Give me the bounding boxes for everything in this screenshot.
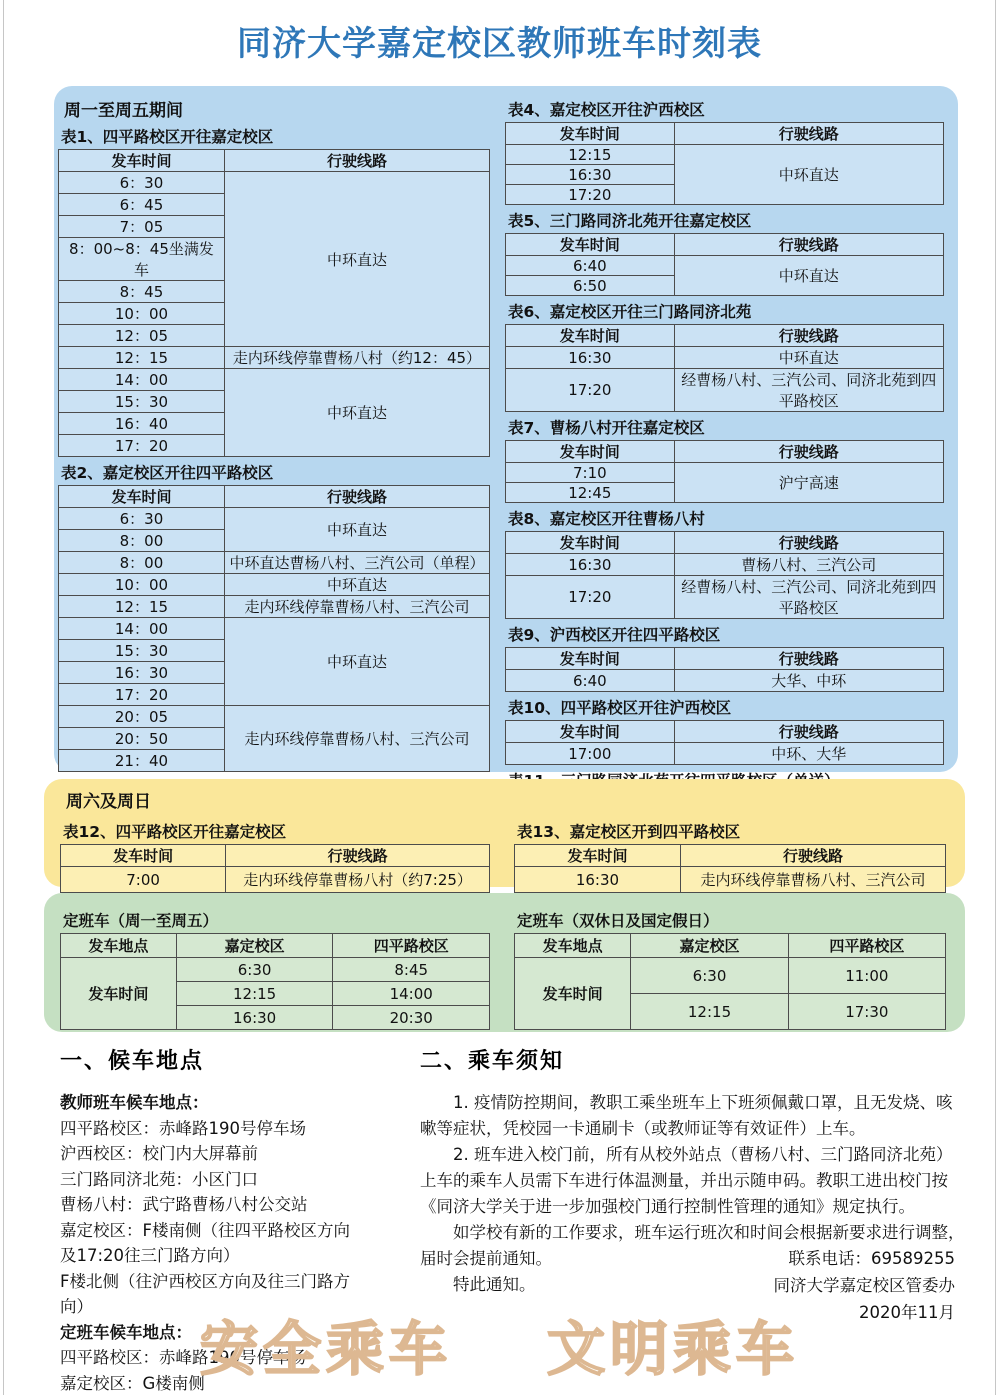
weekend-panel: 周六及周日 表12、四平路校区开往嘉定校区 发车时间行驶线路7:00走内环线停靠…: [44, 779, 965, 887]
table-8-block: 表8、嘉定校区开往曹杨八村 发车时间行驶线路16:30曹杨八村、三汽公司17:2…: [505, 507, 944, 619]
table-8-label: 表8、嘉定校区开往曹杨八村: [508, 507, 944, 529]
table-5: 发车时间行驶线路6:40中环直达6:50: [505, 233, 944, 296]
table-13-label: 表13、嘉定校区开到四平路校区: [517, 820, 946, 842]
data-row: 7:10沪宁高速: [506, 463, 944, 483]
departure-time-cell: 6：45: [59, 194, 225, 216]
text-line: 四平路校区：赤峰路190号停车场: [60, 1116, 352, 1142]
column-header: 行驶线路: [674, 441, 943, 463]
column-header: 行驶线路: [680, 845, 945, 867]
route-cell: 经曹杨八村、三汽公司、同济北苑到四平路校区: [674, 369, 943, 412]
route-cell: 走内环线停靠曹杨八村（约12：45）: [224, 347, 489, 369]
route-cell: 大华、中环: [674, 670, 943, 692]
departure-time-cell: 6：30: [59, 508, 225, 530]
route-cell: 中环直达: [224, 172, 489, 347]
header-row: 发车时间行驶线路: [506, 532, 944, 554]
table-2: 发车时间行驶线路6：30中环直达8：008：00中环直达曹杨八村、三汽公司（单程…: [58, 485, 490, 772]
column-gap: [490, 94, 505, 772]
table-12-label: 表12、四平路校区开往嘉定校区: [63, 820, 490, 842]
header-row: 发车时间行驶线路: [59, 150, 490, 172]
departure-time-cell: 6:40: [506, 256, 675, 276]
column-header: 发车时间: [506, 123, 675, 145]
data-row: 6:40中环直达: [506, 256, 944, 276]
route-cell: 经曹杨八村、三汽公司、同济北苑到四平路校区: [674, 576, 943, 619]
route-cell: 中环直达: [674, 347, 943, 369]
weekend-tables-row: 表12、四平路校区开往嘉定校区 发车时间行驶线路7:00走内环线停靠曹杨八村（约…: [60, 816, 946, 893]
departure-time-cell: 15：30: [59, 391, 225, 413]
column-header: 行驶线路: [674, 234, 943, 256]
header-row: 发车地点嘉定校区四平路校区: [515, 934, 946, 958]
departure-time-cell: 17：20: [59, 435, 225, 457]
table-9: 发车时间行驶线路6:40大华、中环: [505, 647, 944, 692]
departure-time-cell: 17:00: [506, 743, 675, 765]
scan-edge-line-left: [3, 0, 4, 1395]
column-header: 发车时间: [515, 845, 681, 867]
fixed-shuttle-panel: 定班车（周一至周五） 发车地点嘉定校区四平路校区发车时间6:308:4512:1…: [44, 893, 965, 1032]
timetable: 发车时间行驶线路7:10沪宁高速12:45: [505, 440, 944, 503]
text-line: 三门路同济北苑：小区门口: [60, 1167, 352, 1193]
route-cell: 中环直达: [224, 508, 489, 552]
data-row: 6：30中环直达: [59, 508, 490, 530]
table-5-label: 表5、三门路同济北苑开往嘉定校区: [508, 209, 944, 231]
departure-time-cell: 16:30: [506, 554, 675, 576]
row-label-cell: 发车时间: [515, 958, 631, 1030]
table-9-block: 表9、沪西校区开往四平路校区 发车时间行驶线路6:40大华、中环: [505, 623, 944, 692]
departure-time-cell: 8：00: [59, 552, 225, 574]
departure-time-cell: 17:20: [506, 369, 675, 412]
route-cell: 中环直达曹杨八村、三汽公司（单程）: [224, 552, 489, 574]
departure-time-cell: 7：05: [59, 216, 225, 238]
table-4: 发车时间行驶线路12:15中环直达16:3017:20: [505, 122, 944, 205]
text-line: 曹杨八村：武宁路曹杨八村公交站: [60, 1192, 352, 1218]
header-row: 发车时间行驶线路: [61, 845, 490, 867]
route-cell: 曹杨八村、三汽公司: [674, 554, 943, 576]
weekday-right-column: 表4、嘉定校区开往沪西校区 发车时间行驶线路12:15中环直达16:3017:2…: [505, 94, 944, 772]
departure-time-cell: 14:00: [333, 982, 490, 1006]
timetable: 发车时间行驶线路16:30走内环线停靠曹杨八村、三汽公司: [514, 844, 946, 893]
departure-time-cell: 12:15: [631, 994, 788, 1030]
weekday-left-column: 周一至周五期间 表1、四平路校区开往嘉定校区 发车时间行驶线路6：30中环直达6…: [58, 94, 490, 772]
route-cell: 沪宁高速: [674, 463, 943, 503]
data-row: 8：00中环直达曹杨八村、三汽公司（单程）: [59, 552, 490, 574]
header-row: 发车时间行驶线路: [515, 845, 946, 867]
column-header: 行驶线路: [674, 721, 943, 743]
data-row: 发车时间6:3011:00: [515, 958, 946, 994]
route-cell: 中环直达: [674, 145, 943, 205]
table-12: 发车时间行驶线路7:00走内环线停靠曹杨八村（约7:25）: [60, 844, 490, 893]
column-header: 行驶线路: [674, 123, 943, 145]
timetable: 发车时间行驶线路6：30中环直达8：008：00中环直达曹杨八村、三汽公司（单程…: [58, 485, 490, 772]
departure-time-cell: 17:30: [788, 994, 945, 1030]
departure-time-cell: 16:30: [515, 867, 681, 893]
table-2-block: 表2、嘉定校区开往四平路校区 发车时间行驶线路6：30中环直达8：008：00中…: [58, 461, 490, 772]
column-header: 发车地点: [61, 934, 177, 958]
block-gap: [490, 816, 514, 893]
departure-time-cell: 12：15: [59, 347, 225, 369]
departure-time-cell: 8：00: [59, 530, 225, 552]
departure-time-cell: 12：15: [59, 596, 225, 618]
fixed-holiday-label: 定班车（双休日及国定假日）: [517, 909, 946, 931]
departure-time-cell: 12:45: [506, 483, 675, 503]
page-title: 同济大学嘉定校区教师班车时刻表: [0, 16, 999, 65]
departure-time-cell: 10：00: [59, 303, 225, 325]
departure-time-cell: 16:30: [506, 347, 675, 369]
fixed-tables-row: 定班车（周一至周五） 发车地点嘉定校区四平路校区发车时间6:308:4512:1…: [60, 905, 946, 1030]
data-row: 16:30中环直达: [506, 347, 944, 369]
departure-time-cell: 7:00: [61, 867, 226, 893]
route-cell: 中环直达: [674, 256, 943, 296]
departure-time-cell: 16:30: [176, 1006, 333, 1030]
weekday-heading: 周一至周五期间: [64, 96, 490, 121]
column-header: 行驶线路: [226, 845, 490, 867]
table-2-label: 表2、嘉定校区开往四平路校区: [61, 461, 490, 483]
column-header: 发车时间: [59, 486, 225, 508]
column-header: 嘉定校区: [631, 934, 788, 958]
timetable: 发车时间行驶线路6：30中环直达6：457：058：00~8：45坐满发车8：4…: [58, 149, 490, 457]
header-row: 发车时间行驶线路: [506, 325, 944, 347]
fixed-weekday-table: 发车地点嘉定校区四平路校区发车时间6:308:4512:1514:0016:30…: [60, 933, 490, 1030]
table-13-block: 表13、嘉定校区开到四平路校区 发车时间行驶线路16:30走内环线停靠曹杨八村、…: [514, 816, 946, 893]
data-row: 7:00走内环线停靠曹杨八村（约7:25）: [61, 867, 490, 893]
departure-time-cell: 6:50: [506, 276, 675, 296]
table-10-block: 表10、四平路校区开往沪西校区 发车时间行驶线路17:00中环、大华: [505, 696, 944, 765]
timetable: 发车时间行驶线路12:15中环直达16:3017:20: [505, 122, 944, 205]
notice-heading: 二、乘车须知: [420, 1044, 966, 1075]
data-row: 12:15中环直达: [506, 145, 944, 165]
departure-time-cell: 15：30: [59, 640, 225, 662]
departure-time-cell: 8:45: [333, 958, 490, 982]
departure-time-cell: 14：00: [59, 369, 225, 391]
watermark: 安全乘车 文明乘车: [0, 1302, 999, 1386]
text-line: 教师班车候车地点：: [60, 1090, 352, 1116]
data-row: 6：30中环直达: [59, 172, 490, 194]
departure-time-cell: 17:20: [506, 185, 675, 205]
scan-edge-line-right: [995, 0, 996, 1395]
timetable: 发车时间行驶线路16:30曹杨八村、三汽公司17:20经曹杨八村、三汽公司、同济…: [505, 531, 944, 619]
table-7-block: 表7、曹杨八村开往嘉定校区 发车时间行驶线路7:10沪宁高速12:45: [505, 416, 944, 503]
column-header: 发车时间: [506, 234, 675, 256]
column-header: 四平路校区: [788, 934, 945, 958]
route-cell: 中环、大华: [674, 743, 943, 765]
departure-time-cell: 21：40: [59, 750, 225, 772]
data-row: 20：05走内环线停靠曹杨八村、三汽公司: [59, 706, 490, 728]
column-header: 行驶线路: [224, 486, 489, 508]
data-row: 16:30曹杨八村、三汽公司: [506, 554, 944, 576]
fixed-shuttle-table: 发车地点嘉定校区四平路校区发车时间6:3011:0012:1517:30: [514, 933, 946, 1030]
block-gap: [490, 905, 514, 1030]
weekday-panel: 周一至周五期间 表1、四平路校区开往嘉定校区 发车时间行驶线路6：30中环直达6…: [54, 86, 958, 772]
table-1: 发车时间行驶线路6：30中环直达6：457：058：00~8：45坐满发车8：4…: [58, 149, 490, 457]
waiting-heading: 一、候车地点: [60, 1044, 352, 1075]
fixed-shuttle-table: 发车地点嘉定校区四平路校区发车时间6:308:4512:1514:0016:30…: [60, 933, 490, 1030]
contact-phone: 联系电话：69589255: [774, 1245, 956, 1272]
text-line: 沪西校区：校门内大屏幕前: [60, 1141, 352, 1167]
departure-time-cell: 6:30: [176, 958, 333, 982]
table-10: 发车时间行驶线路17:00中环、大华: [505, 720, 944, 765]
departure-time-cell: 20：50: [59, 728, 225, 750]
table-5-block: 表5、三门路同济北苑开往嘉定校区 发车时间行驶线路6:40中环直达6:50: [505, 209, 944, 296]
fixed-holiday-block: 定班车（双休日及国定假日） 发车地点嘉定校区四平路校区发车时间6:3011:00…: [514, 905, 946, 1030]
column-header: 嘉定校区: [176, 934, 333, 958]
column-header: 发车时间: [506, 325, 675, 347]
column-header: 行驶线路: [674, 325, 943, 347]
column-header: 四平路校区: [333, 934, 490, 958]
table-12-block: 表12、四平路校区开往嘉定校区 发车时间行驶线路7:00走内环线停靠曹杨八村（约…: [60, 816, 490, 893]
data-row: 发车时间6:308:45: [61, 958, 490, 982]
route-cell: 走内环线停靠曹杨八村、三汽公司: [224, 706, 489, 772]
table-8: 发车时间行驶线路16:30曹杨八村、三汽公司17:20经曹杨八村、三汽公司、同济…: [505, 531, 944, 619]
route-cell: 中环直达: [224, 574, 489, 596]
weekend-heading: 周六及周日: [66, 787, 946, 812]
data-row: 17:00中环、大华: [506, 743, 944, 765]
table-7: 发车时间行驶线路7:10沪宁高速12:45: [505, 440, 944, 503]
data-row: 17:20经曹杨八村、三汽公司、同济北苑到四平路校区: [506, 576, 944, 619]
paragraph: 2. 班车进入校门前，所有从校外站点（曹杨八村、三门路同济北苑）上车的乘车人员需…: [420, 1142, 966, 1220]
table-7-label: 表7、曹杨八村开往嘉定校区: [508, 416, 944, 438]
departure-time-cell: 20:30: [333, 1006, 490, 1030]
table-13: 发车时间行驶线路16:30走内环线停靠曹杨八村、三汽公司: [514, 844, 946, 893]
route-cell: 走内环线停靠曹杨八村（约7:25）: [226, 867, 490, 893]
route-cell: 中环直达: [224, 369, 489, 457]
departure-time-cell: 12:15: [176, 982, 333, 1006]
column-header: 行驶线路: [674, 532, 943, 554]
column-header: 行驶线路: [224, 150, 489, 172]
departure-time-cell: 17：20: [59, 684, 225, 706]
departure-time-cell: 6:40: [506, 670, 675, 692]
timetable: 发车时间行驶线路7:00走内环线停靠曹杨八村（约7:25）: [60, 844, 490, 893]
header-row: 发车时间行驶线路: [506, 648, 944, 670]
table-1-block: 表1、四平路校区开往嘉定校区 发车时间行驶线路6：30中环直达6：457：058…: [58, 125, 490, 457]
text-line: 嘉定校区：F楼南侧（往四平路校区方向及17:20往三门路方向）: [60, 1218, 352, 1269]
departure-time-cell: 12:15: [506, 145, 675, 165]
route-cell: 中环直达: [224, 618, 489, 706]
column-header: 发车时间: [506, 648, 675, 670]
data-row: 14：00中环直达: [59, 618, 490, 640]
table-4-block: 表4、嘉定校区开往沪西校区 发车时间行驶线路12:15中环直达16:3017:2…: [505, 98, 944, 205]
departure-time-cell: 10：00: [59, 574, 225, 596]
data-row: 16:30走内环线停靠曹杨八村、三汽公司: [515, 867, 946, 893]
data-row: 10：00中环直达: [59, 574, 490, 596]
timetable: 发车时间行驶线路16:30中环直达17:20经曹杨八村、三汽公司、同济北苑到四平…: [505, 324, 944, 412]
table-4-label: 表4、嘉定校区开往沪西校区: [508, 98, 944, 120]
route-cell: 走内环线停靠曹杨八村、三汽公司: [224, 596, 489, 618]
column-header: 发车时间: [61, 845, 226, 867]
departure-time-cell: 8：45: [59, 281, 225, 303]
page: 同济大学嘉定校区教师班车时刻表 周一至周五期间 表1、四平路校区开往嘉定校区 发…: [0, 0, 999, 1395]
header-row: 发车时间行驶线路: [506, 123, 944, 145]
paragraph: 1. 疫情防控期间，教职工乘坐班车上下班须佩戴口罩，且无发烧、咳嗽等症状，凭校园…: [420, 1090, 966, 1142]
departure-time-cell: 12：05: [59, 325, 225, 347]
watermark-civil: 文明乘车: [547, 1302, 799, 1386]
data-row: 12：15走内环线停靠曹杨八村、三汽公司: [59, 596, 490, 618]
row-label-cell: 发车时间: [61, 958, 177, 1030]
data-row: 6:40大华、中环: [506, 670, 944, 692]
data-row: 12：15走内环线停靠曹杨八村（约12：45）: [59, 347, 490, 369]
watermark-safe: 安全乘车: [200, 1302, 452, 1386]
column-header: 发车时间: [506, 441, 675, 463]
departure-time-cell: 11:00: [788, 958, 945, 994]
table-6-label: 表6、嘉定校区开往三门路同济北苑: [508, 300, 944, 322]
departure-time-cell: 20：05: [59, 706, 225, 728]
column-header: 发车时间: [59, 150, 225, 172]
column-header: 发车地点: [515, 934, 631, 958]
table-1-label: 表1、四平路校区开往嘉定校区: [61, 125, 490, 147]
table-6-block: 表6、嘉定校区开往三门路同济北苑 发车时间行驶线路16:30中环直达17:20经…: [505, 300, 944, 412]
header-row: 发车时间行驶线路: [59, 486, 490, 508]
fixed-weekday-label: 定班车（周一至周五）: [63, 909, 490, 931]
departure-time-cell: 7:10: [506, 463, 675, 483]
fixed-weekday-block: 定班车（周一至周五） 发车地点嘉定校区四平路校区发车时间6:308:4512:1…: [60, 905, 490, 1030]
route-cell: 走内环线停靠曹杨八村、三汽公司: [680, 867, 945, 893]
timetable: 发车时间行驶线路6:40大华、中环: [505, 647, 944, 692]
data-row: 14：00中环直达: [59, 369, 490, 391]
header-row: 发车时间行驶线路: [506, 441, 944, 463]
header-row: 发车地点嘉定校区四平路校区: [61, 934, 490, 958]
table-9-label: 表9、沪西校区开往四平路校区: [508, 623, 944, 645]
timetable: 发车时间行驶线路6:40中环直达6:50: [505, 233, 944, 296]
departure-time-cell: 16:30: [506, 165, 675, 185]
departure-time-cell: 17:20: [506, 576, 675, 619]
departure-time-cell: 6:30: [631, 958, 788, 994]
column-header: 行驶线路: [674, 648, 943, 670]
fixed-holiday-table: 发车地点嘉定校区四平路校区发车时间6:3011:0012:1517:30: [514, 933, 946, 1030]
table-6: 发车时间行驶线路16:30中环直达17:20经曹杨八村、三汽公司、同济北苑到四平…: [505, 324, 944, 412]
departure-time-cell: 8：00~8：45坐满发车: [59, 238, 225, 281]
departure-time-cell: 16：40: [59, 413, 225, 435]
column-header: 发车时间: [506, 721, 675, 743]
header-row: 发车时间行驶线路: [506, 234, 944, 256]
contact-org: 同济大学嘉定校区管委办: [774, 1272, 956, 1299]
departure-time-cell: 6：30: [59, 172, 225, 194]
column-header: 发车时间: [506, 532, 675, 554]
data-row: 17:20经曹杨八村、三汽公司、同济北苑到四平路校区: [506, 369, 944, 412]
table-10-label: 表10、四平路校区开往沪西校区: [508, 696, 944, 718]
departure-time-cell: 14：00: [59, 618, 225, 640]
timetable: 发车时间行驶线路17:00中环、大华: [505, 720, 944, 765]
departure-time-cell: 16：30: [59, 662, 225, 684]
header-row: 发车时间行驶线路: [506, 721, 944, 743]
